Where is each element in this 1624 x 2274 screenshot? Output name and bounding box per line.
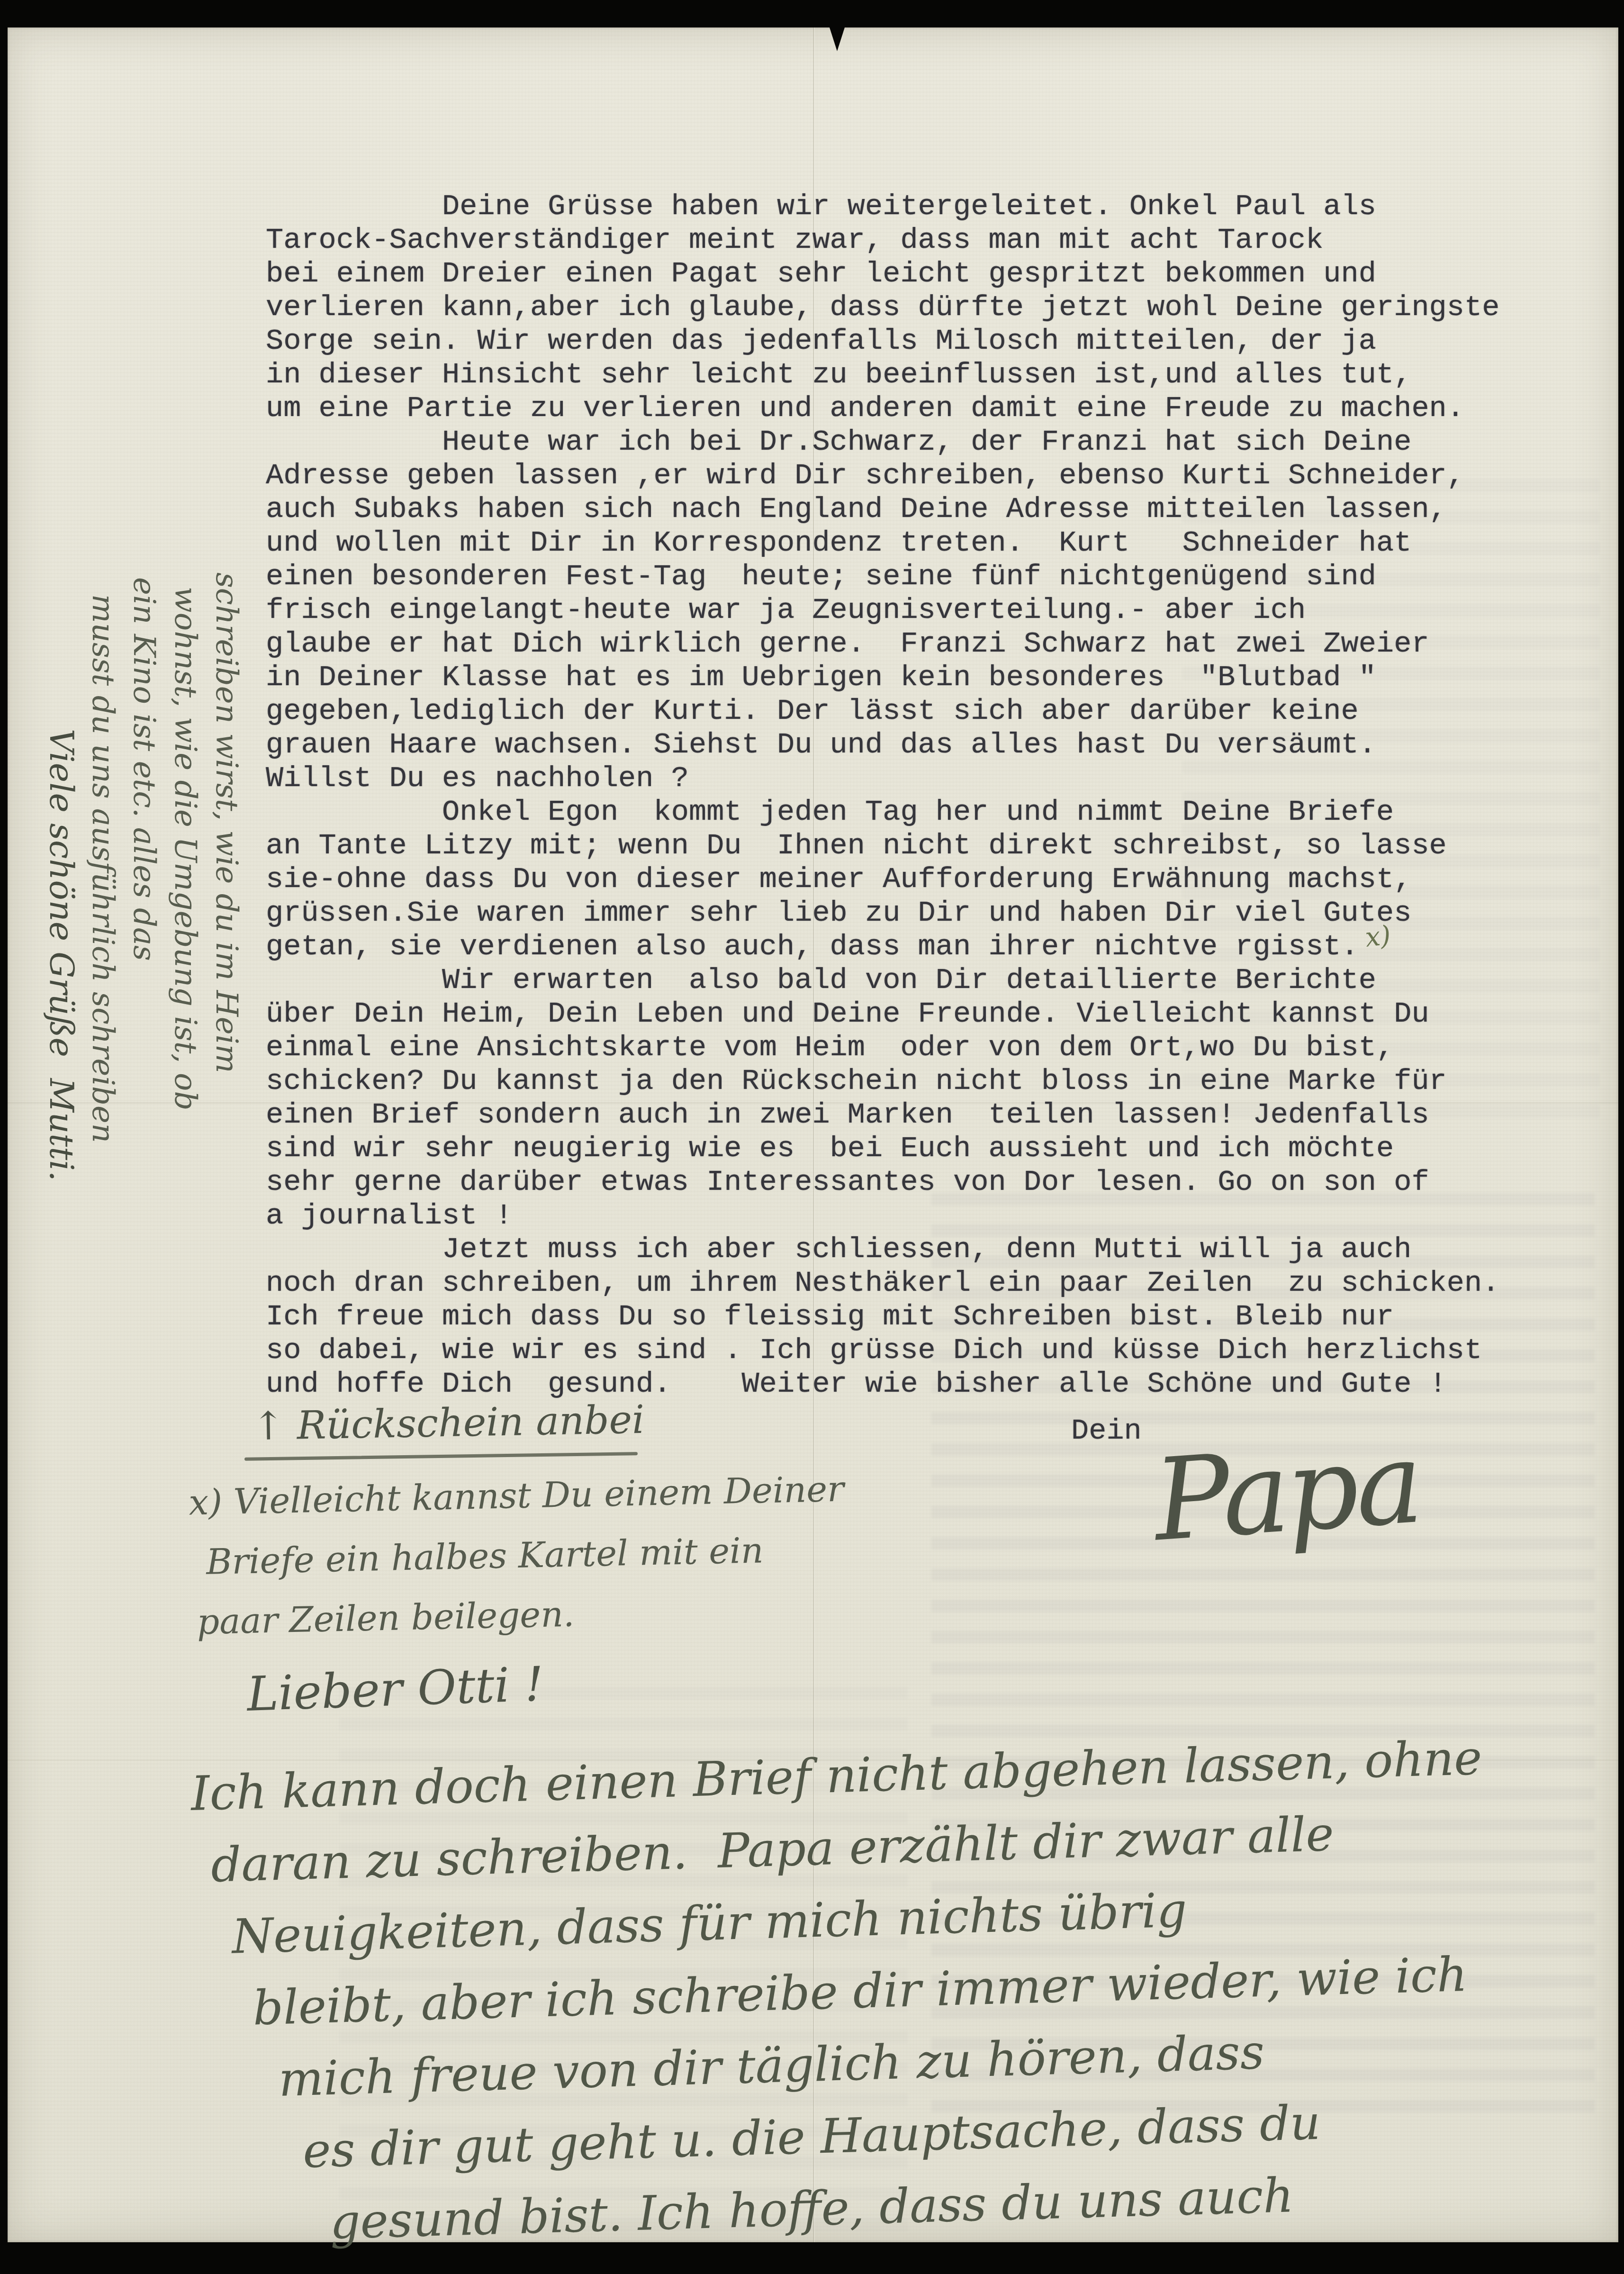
typed-line: getan, sie verdienen also auch, dass man… bbox=[266, 930, 1499, 963]
typed-line: gegeben,lediglich der Kurti. Der lässt s… bbox=[266, 694, 1499, 728]
typed-line: so dabei, wie wir es sind . Ich grüsse D… bbox=[266, 1333, 1499, 1367]
handwritten-footnote-mark: x) bbox=[1364, 920, 1392, 953]
handwritten-footnote: x) Vielleicht kannst Du einem DeinerBrie… bbox=[188, 1459, 847, 1652]
typed-line: Onkel Egon kommt jeden Tag her und nimmt… bbox=[266, 795, 1499, 829]
typed-line: einen besonderen Fest-Tag heute; seine f… bbox=[266, 560, 1499, 593]
handwritten-margin-line: wohnst, wie die Umgebung ist, ob bbox=[164, 587, 206, 1785]
typed-line: sehr gerne darüber etwas Interessantes v… bbox=[266, 1165, 1499, 1199]
typed-line: frisch eingelangt-heute war ja Zeugnisve… bbox=[266, 593, 1499, 627]
typed-line: Heute war ich bei Dr.Schwarz, der Franzi… bbox=[266, 425, 1499, 459]
paper-top-notch bbox=[830, 27, 845, 51]
handwritten-margin-line: Viele schöne Grüße Mutti. bbox=[41, 729, 82, 1785]
typed-line: glaube er hat Dich wirklich gerne. Franz… bbox=[266, 627, 1499, 661]
typed-line: Jetzt muss ich aber schliessen, denn Mut… bbox=[266, 1232, 1499, 1266]
typed-line: Wir erwarten also bald von Dir detaillie… bbox=[266, 963, 1499, 997]
typed-line: a journalist ! bbox=[266, 1199, 1499, 1232]
typed-line: verlieren kann,aber ich glaube, dass dür… bbox=[266, 290, 1499, 324]
typed-line: bei einem Dreier einen Pagat sehr leicht… bbox=[266, 257, 1499, 290]
typed-line: Deine Grüsse haben wir weitergeleitet. O… bbox=[266, 190, 1499, 223]
typed-line: Ich freue mich dass Du so fleissig mit S… bbox=[266, 1300, 1499, 1333]
typed-letter-body: Deine Grüsse haben wir weitergeleitet. O… bbox=[266, 190, 1499, 1401]
typed-line: einen Brief sondern auch in zwei Marken … bbox=[266, 1098, 1499, 1132]
handwritten-salutation: Lieber Otti ! bbox=[246, 1656, 544, 1722]
typed-line: sind wir sehr neugierig wie es bei Euch … bbox=[266, 1132, 1499, 1165]
typed-line: in Deiner Klasse hat es im Uebrigen kein… bbox=[266, 661, 1499, 694]
typed-line: grüssen.Sie waren immer sehr lieb zu Dir… bbox=[266, 896, 1499, 930]
typed-line: in dieser Hinsicht sehr leicht zu beeinf… bbox=[266, 358, 1499, 391]
typed-line: einmal eine Ansichtskarte vom Heim oder … bbox=[266, 1031, 1499, 1064]
typed-line: grauen Haare wachsen. Siehst Du und das … bbox=[266, 728, 1499, 761]
typed-closing: Dein bbox=[1071, 1414, 1142, 1448]
handwritten-ruckschein-note: ↑ Rückschein anbei bbox=[252, 1397, 645, 1449]
typed-line: sie-ohne dass Du von dieser meiner Auffo… bbox=[266, 862, 1499, 896]
typed-line: schicken? Du kannst ja den Rückschein ni… bbox=[266, 1064, 1499, 1098]
typed-line: Tarock-Sachverständiger meint zwar, dass… bbox=[266, 223, 1499, 257]
typed-line: und wollen mit Dir in Korrespondenz tret… bbox=[266, 526, 1499, 560]
typed-line: an Tante Litzy mit; wenn Du Ihnen nicht … bbox=[266, 829, 1499, 862]
letter-page: Deine Grüsse haben wir weitergeleitet. O… bbox=[8, 27, 1618, 2242]
typed-line: auch Subaks haben sich nach England Dein… bbox=[266, 492, 1499, 526]
handwritten-mutti-paragraph: Ich kann doch einen Brief nicht abgehen … bbox=[190, 1722, 1495, 2262]
typed-line: Willst Du es nachholen ? bbox=[266, 761, 1499, 795]
handwritten-margin-note: schreiben wirst, wie du im Heimwohnst, w… bbox=[38, 572, 247, 1785]
typed-line: und hoffe Dich gesund. Weiter wie bisher… bbox=[266, 1367, 1499, 1401]
handwritten-margin-line: schreiben wirst, wie du im Heim bbox=[206, 572, 247, 1785]
handwritten-margin-line: musst du uns ausführlich schreiben bbox=[82, 594, 123, 1785]
typed-line: um eine Partie zu verlieren und anderen … bbox=[266, 391, 1499, 425]
typed-line: noch dran schreiben, um ihrem Nesthäkerl… bbox=[266, 1266, 1499, 1300]
handwritten-underline bbox=[244, 1452, 638, 1461]
typed-line: Sorge sein. Wir werden das jedenfalls Mi… bbox=[266, 324, 1499, 358]
handwritten-margin-line: ein Kino ist etc. alles das bbox=[123, 577, 164, 1785]
papa-signature: Papa bbox=[1150, 1417, 1425, 1567]
typed-line: über Dein Heim, Dein Leben und Deine Fre… bbox=[266, 997, 1499, 1031]
typed-line: Adresse geben lassen ,er wird Dir schrei… bbox=[266, 459, 1499, 492]
